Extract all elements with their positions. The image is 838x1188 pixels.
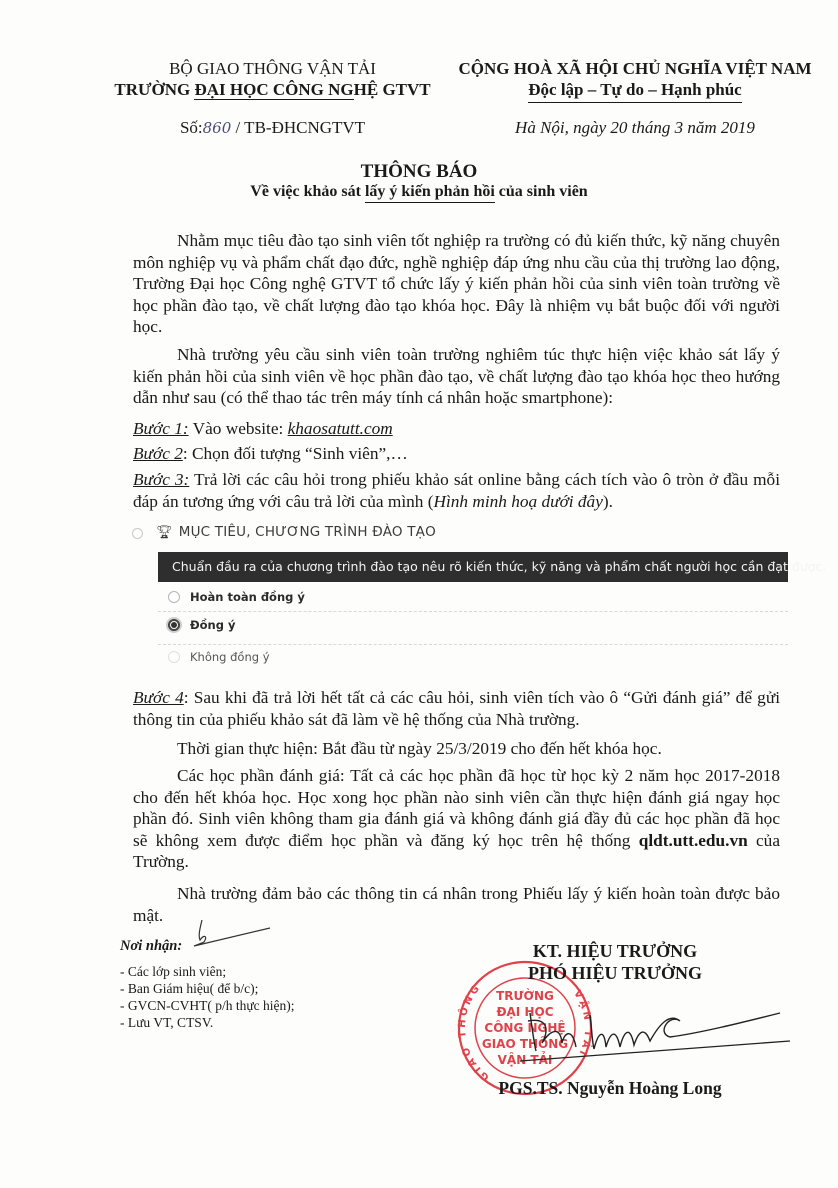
handwritten-signature-icon bbox=[520, 1003, 790, 1063]
survey-question: Chuẩn đầu ra của chương trình đào tạo nê… bbox=[158, 552, 788, 582]
radio-selected-icon[interactable] bbox=[168, 619, 180, 631]
decorative-circle bbox=[132, 528, 143, 539]
signer-name: PGS.TS. Nguyễn Hoàng Long bbox=[455, 1078, 765, 1099]
step-1: Bước 1: Vào website: khaosatutt.com bbox=[133, 418, 780, 440]
recipients-list: - Các lớp sinh viên; - Ban Giám hiệu( để… bbox=[120, 963, 295, 1031]
survey-option[interactable]: Không đồng ý bbox=[168, 650, 270, 664]
recipient-item: - Các lớp sinh viên; bbox=[120, 963, 295, 980]
survey-option[interactable]: Hoàn toàn đồng ý bbox=[168, 590, 305, 604]
place-date: Hà Nội, ngày 20 tháng 3 năm 2019 bbox=[440, 118, 830, 138]
system-link[interactable]: qldt.utt.edu.vn bbox=[639, 831, 748, 850]
paragraph-courses: Các học phần đánh giá: Tất cả các học ph… bbox=[133, 765, 780, 873]
national-heading: CỘNG HOÀ XÃ HỘI CHỦ NGHĨA VIỆT NAM Độc l… bbox=[440, 58, 830, 103]
paragraph-intro: Nhằm mục tiêu đào tạo sinh viên tốt nghi… bbox=[133, 230, 780, 338]
paragraph-request: Nhà trường yêu cầu sinh viên toàn trường… bbox=[133, 344, 780, 409]
step-3: Bước 3: Trả lời các câu hỏi trong phiếu … bbox=[133, 469, 780, 512]
document-page: BỘ GIAO THÔNG VẬN TẢI TRƯỜNG ĐẠI HỌC CÔN… bbox=[0, 0, 838, 1188]
step-4: Bước 4: Sau khi đã trả lời hết tất cả cá… bbox=[133, 687, 780, 730]
document-title: THÔNG BÁO bbox=[0, 161, 838, 183]
recipient-item: - GVCN-CVHT( p/h thực hiện); bbox=[120, 997, 295, 1014]
step-2: Bước 2: Chọn đối tượng “Sinh viên”,… bbox=[133, 443, 780, 465]
document-subtitle: Về việc khảo sát lấy ý kiến phản hồi của… bbox=[0, 183, 838, 201]
school-name: TRƯỜNG ĐẠI HỌC CÔNG NGHỆ GTVT bbox=[100, 79, 445, 100]
recipients-title: Nơi nhận: bbox=[120, 938, 182, 955]
recipient-item: - Lưu VT, CTSV. bbox=[120, 1014, 295, 1031]
option-divider bbox=[158, 644, 788, 645]
survey-website-link[interactable]: khaosatutt.com bbox=[288, 419, 393, 438]
paragraph-time: Thời gian thực hiện: Bắt đầu từ ngày 25/… bbox=[133, 738, 780, 760]
document-number: Số:860 / TB-ĐHCNGTVT bbox=[100, 118, 445, 138]
ministry-name: BỘ GIAO THÔNG VẬN TẢI bbox=[100, 58, 445, 79]
national-motto: Độc lập – Tự do – Hạnh phúc bbox=[528, 79, 741, 103]
signature-title: KT. HIỆU TRƯỞNG PHÓ HIỆU TRƯỞNG bbox=[460, 940, 770, 984]
radio-unselected-icon[interactable] bbox=[168, 651, 180, 663]
survey-option-selected[interactable]: Đồng ý bbox=[168, 618, 235, 632]
trophy-icon: 🏆︎ bbox=[156, 525, 173, 540]
recipient-item: - Ban Giám hiệu( để b/c); bbox=[120, 980, 295, 997]
issuer-block: BỘ GIAO THÔNG VẬN TẢI TRƯỜNG ĐẠI HỌC CÔN… bbox=[100, 58, 445, 100]
nation-name: CỘNG HOÀ XÃ HỘI CHỦ NGHĨA VIỆT NAM bbox=[440, 58, 830, 79]
handwritten-number: 860 bbox=[203, 119, 232, 137]
survey-section-title: 🏆︎MỤC TIÊU, CHƯƠNG TRÌNH ĐÀO TẠO bbox=[156, 524, 436, 540]
option-divider bbox=[158, 611, 788, 612]
initial-mark-icon bbox=[190, 918, 290, 948]
survey-illustration: 🏆︎MỤC TIÊU, CHƯƠNG TRÌNH ĐÀO TẠO Chuẩn đ… bbox=[128, 520, 788, 670]
radio-unselected-icon[interactable] bbox=[168, 591, 180, 603]
